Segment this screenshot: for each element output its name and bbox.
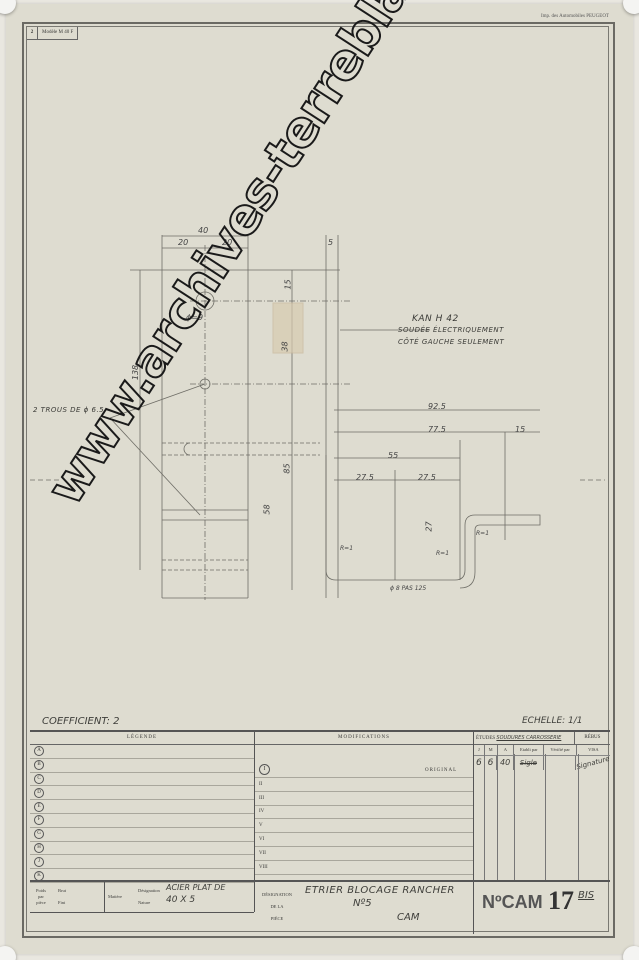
part-number: 17: [548, 886, 574, 916]
part-prefix: NºCAM: [482, 892, 543, 913]
dim-top-offset: 15: [284, 279, 293, 289]
dim-55: 55: [388, 451, 398, 460]
material-nature: 40 X 5: [166, 895, 195, 905]
radius-1: R=1: [340, 545, 353, 552]
studies-columns: J M A Etabli par Vérifié par VISA: [474, 745, 610, 756]
studies-panel: ÉTUDES SOUDURES CARROSSERIE RÉBUS J M A …: [474, 732, 610, 880]
title-block: LÉGENDE A B C D E F G H J K MODIFICATION…: [30, 730, 610, 932]
mod-row: II: [255, 778, 473, 792]
visa-signature: Signature: [575, 752, 611, 774]
modifications-header: MODIFICATIONS: [255, 732, 473, 745]
mod-row: IV: [255, 806, 473, 820]
dim-58: 58: [263, 504, 272, 514]
coefficient: COEFFICIENT: 2: [42, 716, 119, 727]
part-number-box: NºCAM 17 BIS: [474, 882, 610, 934]
title-block-bottom: Poids par pièce Brut Fini Matière Désign…: [30, 880, 610, 934]
radius-3: R=1: [476, 530, 489, 537]
material-box: Matière Désignation ACIER PLAT DE Nature…: [104, 882, 255, 912]
studies-header: ÉTUDES SOUDURES CARROSSERIE RÉBUS: [474, 732, 610, 745]
dim-85: 85: [283, 463, 292, 473]
modifications-panel: MODIFICATIONS ORIGINAL I II III IV V VI …: [255, 732, 474, 880]
legend-row: H: [30, 842, 254, 856]
mod-row: VII: [255, 847, 473, 861]
dim-hole-spacing: 38: [281, 341, 290, 351]
weight-box: Poids par pièce Brut Fini: [30, 882, 105, 912]
spec-note-2: SOUDÉE ÉLECTRIQUEMENT: [398, 326, 504, 334]
legend-row: J: [30, 855, 254, 869]
month-value: 6: [485, 756, 498, 770]
dim-27-5-right: 27.5: [418, 473, 436, 482]
year-value: 40: [497, 756, 514, 770]
dim-27: 27: [425, 521, 434, 531]
mod-row: VIII: [255, 861, 473, 875]
legend-row: F: [30, 814, 254, 828]
dim-15: 15: [515, 425, 525, 434]
dim-92-5: 92.5: [428, 402, 446, 411]
material-designation: ACIER PLAT DE: [166, 883, 225, 892]
part-suffix: BIS: [578, 890, 594, 901]
part-type: CAM: [397, 912, 419, 923]
original-label: ORIGINAL: [425, 768, 457, 773]
dim-thickness: 5: [328, 238, 333, 247]
studies-values: 6 6 40 Sigle Signature: [474, 756, 610, 770]
legend-row: E: [30, 800, 254, 814]
dim-27-5-left: 27.5: [356, 473, 374, 482]
part-name: ETRIER BLOCAGE RANCHER: [305, 885, 455, 896]
bolt-spec: ϕ 8 PAS 125: [390, 585, 426, 592]
legend-row: G: [30, 828, 254, 842]
mod-row-1: I: [255, 745, 473, 778]
mod-row: VI: [255, 833, 473, 847]
spec-note-1: KAN H 42: [412, 314, 459, 324]
part-number-line: Nº5: [353, 898, 372, 909]
mod-row: III: [255, 792, 473, 806]
mod-row: V: [255, 819, 473, 833]
dim-77-5: 77.5: [428, 425, 446, 434]
part-designation: DÉSIGNATION DE LA PIÈCE ETRIER BLOCAGE R…: [255, 882, 474, 934]
legend-row: A: [30, 745, 254, 759]
legend-row: D: [30, 786, 254, 800]
legend-row: B: [30, 759, 254, 773]
spec-note-3: CÔTÉ GAUCHE SEULEMENT: [398, 338, 504, 346]
radius-2: R=1: [436, 550, 449, 557]
legend-row: C: [30, 773, 254, 787]
legend-header: LÉGENDE: [30, 732, 254, 745]
dim-half-left: 20: [178, 238, 188, 247]
scale: ECHELLE: 1/1: [522, 716, 583, 726]
legend-panel: LÉGENDE A B C D E F G H J K: [30, 732, 255, 880]
established-by-signature: Sigle: [514, 756, 544, 770]
verified-by: [544, 756, 576, 770]
